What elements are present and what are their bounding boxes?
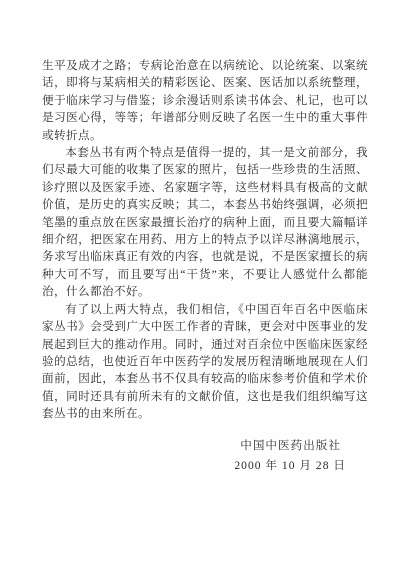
scanned-book-page: 生平及成才之路；专病论治意在以病统论、以论统案、以案统话，即将与某病相关的精彩医… <box>0 0 398 581</box>
colophon: 中国中医药出版社 2000 年 10 月 28 日 <box>42 436 368 476</box>
preface-paragraph-features: 本套丛书有两个特点是值得一提的，其一是文前部分，我们尽最大可能的收集了医家的照片… <box>42 144 368 301</box>
publisher-name: 中国中医药出版社 <box>42 436 368 456</box>
preface-paragraph-conclusion: 有了以上两大特点，我们相信，《中国百年百名中医临床家丛书》会受到广大中医工作者的… <box>42 301 368 423</box>
publication-date: 2000 年 10 月 28 日 <box>42 456 368 476</box>
preface-paragraph-continuation: 生平及成才之路；专病论治意在以病统论、以论统案、以案统话，即将与某病相关的精彩医… <box>42 57 368 144</box>
preface-text-block: 生平及成才之路；专病论治意在以病统论、以论统案、以案统话，即将与某病相关的精彩医… <box>42 57 368 476</box>
